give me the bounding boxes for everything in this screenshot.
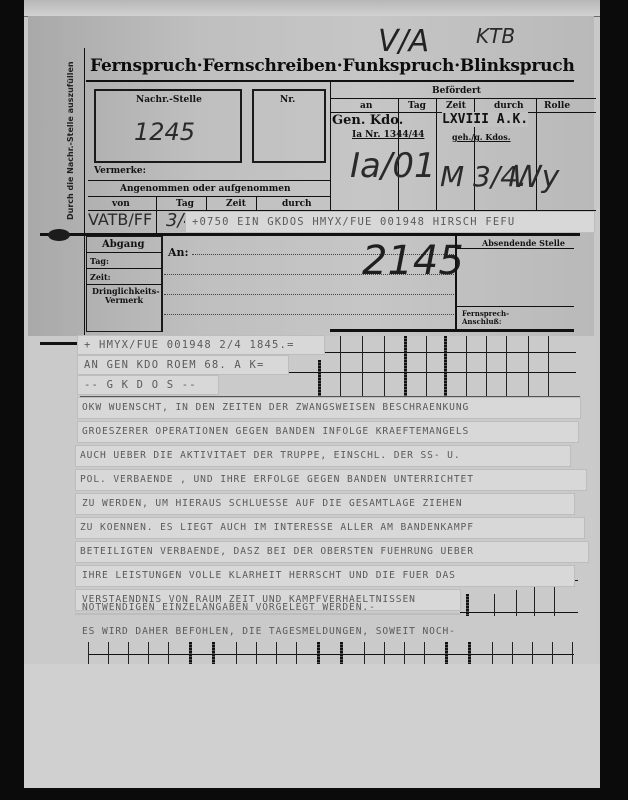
rule [40, 342, 82, 345]
angenommen-label: Angenommen oder aufgenommen [120, 184, 291, 194]
handwritten-initials: Wy [512, 160, 559, 195]
tick [548, 336, 549, 396]
tick [340, 336, 341, 396]
rule [156, 196, 157, 234]
form-title: Fernspruch·Fernschreiben·Funkspruch·Blin… [90, 56, 575, 76]
tick [466, 336, 467, 396]
rule [330, 329, 574, 332]
blank-bottom-margin [24, 664, 600, 788]
tick [212, 642, 215, 664]
tick [296, 642, 297, 664]
tick [572, 642, 573, 664]
grid-rule [318, 352, 576, 353]
divider-vertical [330, 82, 331, 210]
absendende-stelle-label: Absendende Stelle [482, 238, 565, 248]
rule [88, 196, 330, 197]
rule [456, 248, 574, 249]
dringlichkeit-label: Dringlichkeits-Vermerk [92, 287, 156, 305]
tick [340, 642, 343, 664]
abgang-tag-label: Tag: [90, 256, 109, 266]
tick [256, 642, 257, 664]
tick [364, 642, 365, 664]
message-line-7: POL. VERBAENDE , UND IHRE ERFOLGE GEGEN … [80, 474, 474, 485]
tick-ruler [88, 654, 574, 655]
handwritten-mark-va: V/A [378, 24, 429, 59]
grid-rule [460, 612, 578, 613]
message-line-10: BETEILIGTEN VERBAENDE, DASZ BEI DER OBER… [80, 546, 474, 557]
handwritten-2145: 2145 [362, 238, 464, 284]
message-line-13: NOTWENDIGEN EINZELANGABEN VORGELEGT WERD… [82, 602, 376, 613]
bef-col-rolle: Rolle [544, 101, 570, 111]
tick [384, 336, 385, 396]
message-line-8: ZU WERDEN, UM HIERAUS SCHLUESSE AUF DIE … [82, 498, 463, 509]
rule [86, 284, 162, 285]
bef-col-tag: Tag [408, 101, 426, 111]
col-durch: durch [282, 199, 312, 209]
classification-stamp: geh./g. Kdos. [452, 132, 511, 142]
tick [532, 642, 533, 664]
side-rule [84, 48, 85, 348]
grid-rule [286, 372, 576, 373]
rule [86, 268, 162, 269]
message-line-6: AUCH UEBER DIE AKTIVITAET DER TRUPPE, EI… [80, 450, 461, 461]
tick [362, 336, 363, 396]
rule [88, 210, 596, 211]
ia-nr-value: Ia Nr. 1344/44 [352, 130, 424, 140]
tick [424, 642, 425, 664]
an-label: An: [168, 246, 189, 259]
tick [494, 594, 495, 616]
rule [455, 236, 457, 330]
message-line-4: OKW WUENSCHT, IN DEN ZEITEN DER ZWANGSWE… [82, 402, 469, 413]
tick [468, 642, 471, 664]
handwritten-mark-ktb: KTB [476, 24, 515, 48]
tick [317, 642, 320, 664]
rule [206, 196, 207, 210]
dotted-line [164, 294, 454, 295]
rule [86, 252, 162, 253]
tick [492, 642, 493, 664]
message-line-5: GROESZERER OPERATIONEN GEGEN BANDEN INFO… [82, 426, 469, 437]
tick [486, 336, 487, 396]
abgang-zeit-label: Zeit: [90, 272, 111, 282]
tick [506, 336, 507, 396]
bef-col-zeit: Zeit [446, 101, 466, 111]
tick [236, 642, 237, 664]
rule [330, 98, 596, 99]
message-line-3: -- G K D O S -- [84, 379, 197, 391]
tick [512, 642, 513, 664]
corps-stamp: LXVIII A.K. [442, 112, 528, 127]
tick [88, 642, 89, 664]
message-line-2: AN GEN KDO ROEM 68. A K= [84, 359, 265, 371]
tick [108, 642, 109, 664]
tick [444, 336, 447, 396]
tick [404, 642, 405, 664]
rule [456, 306, 574, 307]
col-tag: Tag [176, 199, 194, 209]
tick [445, 642, 448, 664]
message-line-9: ZU KOENNEN. ES LIEGT AUCH IM INTERESSE A… [80, 522, 474, 533]
bef-col-an: an [360, 101, 372, 111]
tick [189, 642, 192, 664]
fernsprech-label: Fernsprech-Anschluß: [462, 310, 522, 326]
tick [276, 642, 277, 664]
tick [516, 590, 517, 616]
abgang-label: Abgang [102, 239, 145, 250]
nachr-stelle-label: Nachr.-Stelle [136, 95, 202, 105]
nachr-stelle-value: 1245 [134, 118, 195, 146]
tick [384, 642, 385, 664]
tick [426, 336, 427, 396]
message-line-14: ES WIRD DAHER BEFOHLEN, DIE TAGESMELDUNG… [82, 626, 456, 637]
ink-blot [48, 229, 70, 241]
handwritten-ia-01: Ia/01 [350, 146, 436, 186]
tick [148, 642, 149, 664]
nr-label: Nr. [280, 95, 295, 105]
tick [552, 642, 553, 664]
rule [436, 98, 437, 210]
col-von: von [112, 199, 130, 209]
tick [466, 594, 469, 616]
folded-top-edge [24, 0, 600, 17]
gen-kdo-value: Gen. Kdo. [332, 113, 403, 128]
befoerdert-label: Befördert [432, 86, 481, 96]
dotted-line [164, 314, 454, 315]
rule [88, 180, 330, 181]
vermerke-label: Vermerke: [94, 166, 146, 176]
bef-col-durch: durch [494, 101, 524, 111]
message-line-1: + HMYX/FUE 001948 2/4 1845.= [84, 339, 295, 351]
von-value: VATB/FF [88, 210, 152, 229]
rule [256, 196, 257, 210]
tick [318, 360, 321, 396]
tick [528, 336, 529, 396]
tape-header-text: +0750 EIN GKDOS HMYX/FUE 001948 HIRSCH F… [192, 216, 515, 228]
col-zeit: Zeit [226, 199, 246, 209]
side-note: Durch die Nachr.-Stelle auszufüllen [66, 61, 75, 220]
tick [404, 336, 407, 396]
tick [128, 642, 129, 664]
message-line-11: IHRE LEISTUNGEN VOLLE KLARHEIT HERRSCHT … [82, 570, 456, 581]
tick [168, 642, 169, 664]
